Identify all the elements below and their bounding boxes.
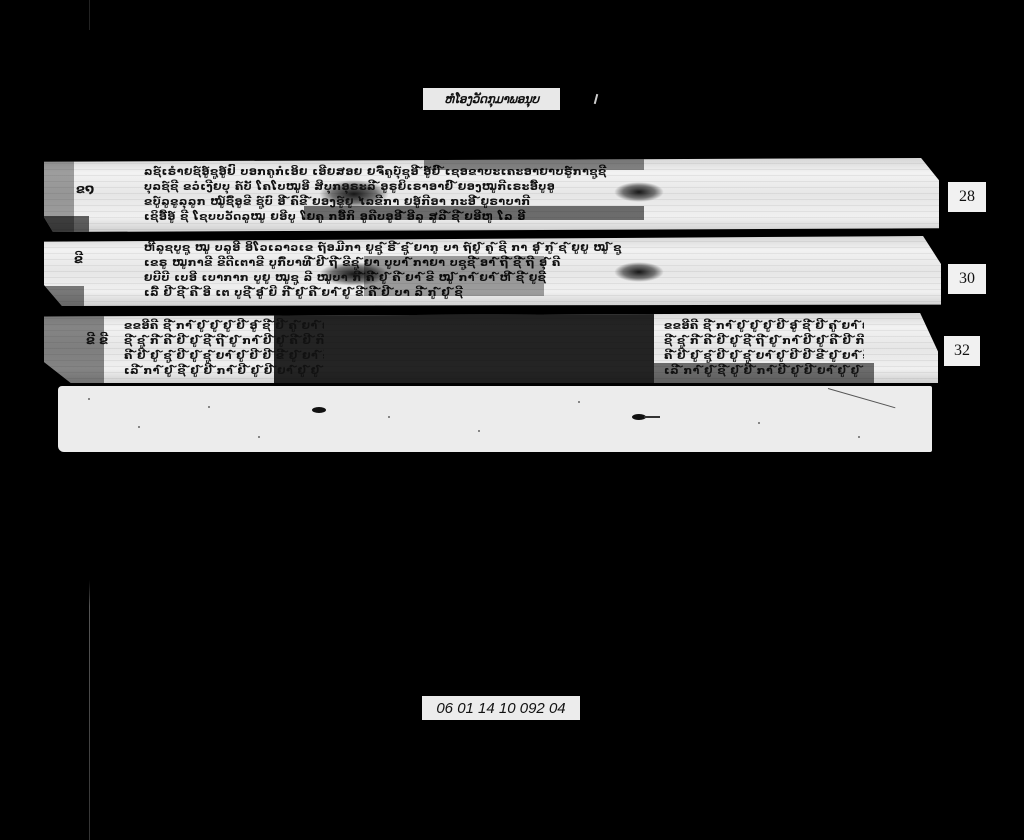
leaf-side-marker: ຂີ	[74, 252, 83, 266]
palm-leaf-4-blank	[58, 386, 932, 452]
binding-hole	[312, 407, 326, 413]
page-number-label: 32	[944, 336, 980, 366]
text-line: ຂຂອີຄີ ຊີ ໌ກາ ໌ຍູ ໌ຍູ ໌ຍູ ໌ຍີ ໌ອູ ໌ຊີ ໌ຍ…	[124, 318, 324, 333]
leaf-side-marker: ຂີ ຂີ	[86, 333, 108, 347]
page-number-label: 28	[948, 182, 986, 212]
text-line: ຫີລູຊບູຊູ ໝູ ບລູອີ ອິໂວເລາວເຂ ຖ໌ອມີກາ ຍູ…	[144, 240, 934, 255]
palm-leaf-3: ຂີ ຂີ ຂຂອີຄີ ຊີ ໌ກາ ໌ຍູ ໌ຍູ ໌ຍູ ໌ຍີ ໌ອູ …	[44, 313, 938, 383]
text-line: ບຸລຊ໌ຊີ ຂວໍເງີຍບຸ ຄ໌ບັ ໂຄໂບໝູອີ ສິບຸກອຸຣ…	[144, 179, 934, 194]
leaf-text-block-left: ຂຂອີຄີ ຊີ ໌ກາ ໌ຍູ ໌ຍູ ໌ຍູ ໌ຍີ ໌ອູ ໌ຊີ ໌ຍ…	[124, 318, 324, 378]
text-line: ຊີ ໌ຊູ ໌ກີ ໌ຄີ ໌ຍີ ໌ຍູ ໌ຊີ ໌ຖີ ໌ຍູ ໌ກາ ໌…	[124, 333, 324, 348]
leaf-text-block-right: ຂຂອີຄີ ຊີ ໌ກາ ໌ຍູ ໌ຍູ ໌ຍູ ໌ຍີ ໌ອູ ໌ຊີ ໌ຍ…	[664, 318, 864, 378]
catalog-id-label: 06 01 14 10 092 04	[422, 696, 580, 720]
text-line: ເລີ ໌ກາ ໌ຍູ ໌ຊີ ໌ຍູ ໌ຍີ ໌ກາ ໌ຍີ ໌ຍູ ໌ຍີ …	[664, 363, 864, 378]
text-line: ຄີ ໌ຍີ ໌ຍູ ໌ຊູ ໌ຍີ ໌ຍູ ໌ຊູ ໌ຍາ ໌ຍູ ໌ຍີ ໌…	[664, 348, 864, 363]
text-line: ຄີ ໌ຍີ ໌ຍູ ໌ຊູ ໌ຍີ ໌ຍູ ໌ຊູ ໌ຍາ ໌ຍູ ໌ຍີ ໌…	[124, 348, 324, 363]
collection-title-label: ຫໍໂອງວັດກຸມາພອນຸບ	[423, 88, 560, 110]
binding-hole-string	[644, 416, 660, 418]
text-line: ຂຂອີຄີ ຊີ ໌ກາ ໌ຍູ ໌ຍູ ໌ຍູ ໌ຍີ ໌ອູ ໌ຊີ ໌ຍ…	[664, 318, 864, 333]
scan-artifact-line	[89, 580, 90, 840]
scan-tick-mark	[594, 94, 599, 104]
text-line: ຊີ ໌ຊູ ໌ກີ ໌ຄີ ໌ຍີ ໌ຍູ ໌ຊີ ໌ຖີ ໌ຍູ ໌ກາ ໌…	[664, 333, 864, 348]
text-line: ເລີ ໌ກາ ໌ຍູ ໌ຊີ ໌ຍູ ໌ຍີ ໌ກາ ໌ຍີ ໌ຍູ ໌ຍີ …	[124, 363, 324, 378]
scan-artifact-line-top	[89, 0, 90, 30]
leaf-side-marker: ຂ໑	[76, 182, 94, 196]
palm-leaf-1: ຂ໑ ລຊ໌ເຣໍາຍຊ໌ອູ໌ຊູອູ໌ຢົ ບອກຄູກໍເອິຍ ເອີຍ…	[44, 158, 939, 232]
palm-leaf-2: ຂີ ຫີລູຊບູຊູ ໝູ ບລູອີ ອິໂວເລາວເຂ ຖ໌ອມີກາ…	[44, 236, 941, 306]
page-number-label: 30	[948, 264, 986, 294]
